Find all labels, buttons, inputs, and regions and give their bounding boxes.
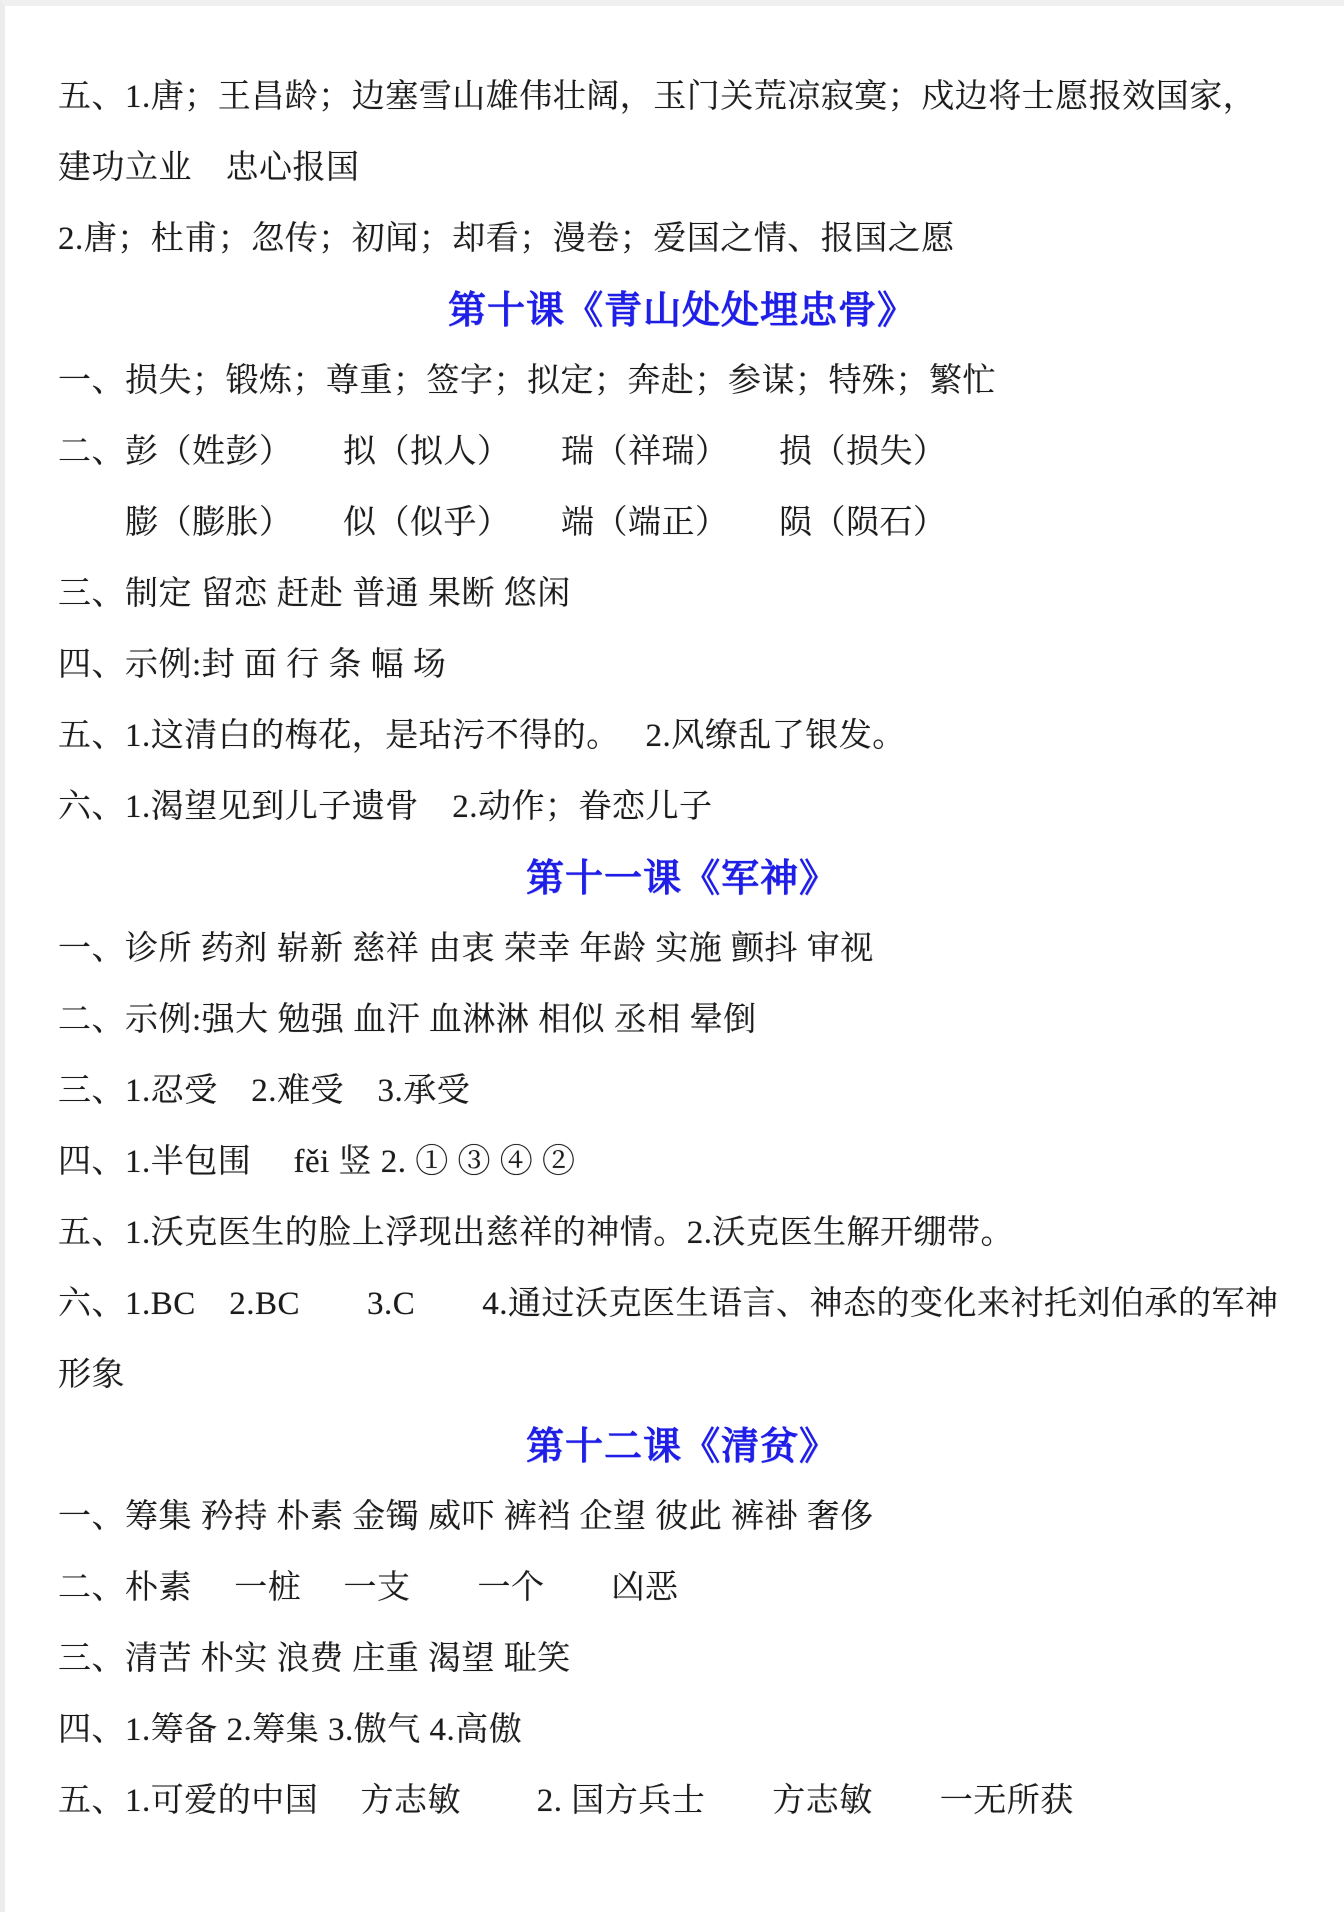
answer-line: 六、1.渴望见到儿子遗骨 2.动作；眷恋儿子: [58, 768, 1306, 839]
answer-line: 一、诊所 药剂 崭新 慈祥 由衷 荣幸 年龄 实施 颤抖 审视: [58, 910, 1306, 981]
answer-line: 三、清苦 朴实 浪费 庄重 渴望 耻笑: [58, 1620, 1306, 1691]
answer-line: 五、1.可爱的中国 方志敏 2. 国方兵士 方志敏 一无所获: [58, 1762, 1306, 1833]
answer-sheet-page: 五、1.唐；王昌龄；边塞雪山雄伟壮阔，玉门关荒凉寂寞；戍边将士愿报效国家，建功立…: [0, 0, 1344, 1912]
answer-line: 五、1.唐；王昌龄；边塞雪山雄伟壮阔，玉门关荒凉寂寞；戍边将士愿报效国家，: [58, 58, 1306, 129]
answer-line: 三、制定 留恋 赶赴 普通 果断 悠闲: [58, 555, 1306, 626]
lesson-title: 第十一课《军神》: [58, 839, 1306, 910]
answer-line: 膨（膨胀） 似（似乎） 端（端正） 陨（陨石）: [58, 484, 1306, 555]
answer-line: 二、朴素 一桩 一支 一个 凶恶: [58, 1549, 1306, 1620]
answer-line: 二、彭（姓彭） 拟（拟人） 瑞（祥瑞） 损（损失）: [58, 413, 1306, 484]
answer-line: 一、损失；锻炼；尊重；签字；拟定；奔赴；参谋；特殊；繁忙: [58, 342, 1306, 413]
answer-line: 六、1.BC 2.BC 3.C 4.通过沃克医生语言、神态的变化来衬托刘伯承的军…: [58, 1265, 1306, 1336]
answer-lines: 五、1.唐；王昌龄；边塞雪山雄伟壮阔，玉门关荒凉寂寞；戍边将士愿报效国家，建功立…: [58, 58, 1306, 1833]
answer-line: 三、1.忍受 2.难受 3.承受: [58, 1052, 1306, 1123]
answer-line: 二、示例:强大 勉强 血汗 血淋淋 相似 丞相 晕倒: [58, 981, 1306, 1052]
answer-line: 形象: [58, 1336, 1306, 1407]
answer-line: 五、1.这清白的梅花，是玷污不得的。 2.风缭乱了银发。: [58, 697, 1306, 768]
answer-line: 建功立业 忠心报国: [58, 129, 1306, 200]
lesson-title: 第十课《青山处处埋忠骨》: [58, 271, 1306, 342]
answer-line: 四、1.筹备 2.筹集 3.傲气 4.高傲: [58, 1691, 1306, 1762]
answer-line: 2.唐；杜甫；忽传；初闻；却看；漫卷；爱国之情、报国之愿: [58, 200, 1306, 271]
answer-line: 四、1.半包围 fěi 竖 2. ① ③ ④ ②: [58, 1123, 1306, 1194]
answer-line: 四、示例:封 面 行 条 幅 场: [58, 626, 1306, 697]
lesson-title: 第十二课《清贫》: [58, 1407, 1306, 1478]
answer-line: 一、筹集 矜持 朴素 金镯 威吓 裤裆 企望 彼此 裤褂 奢侈: [58, 1478, 1306, 1549]
answer-line: 五、1.沃克医生的脸上浮现出慈祥的神情。2.沃克医生解开绷带。: [58, 1194, 1306, 1265]
